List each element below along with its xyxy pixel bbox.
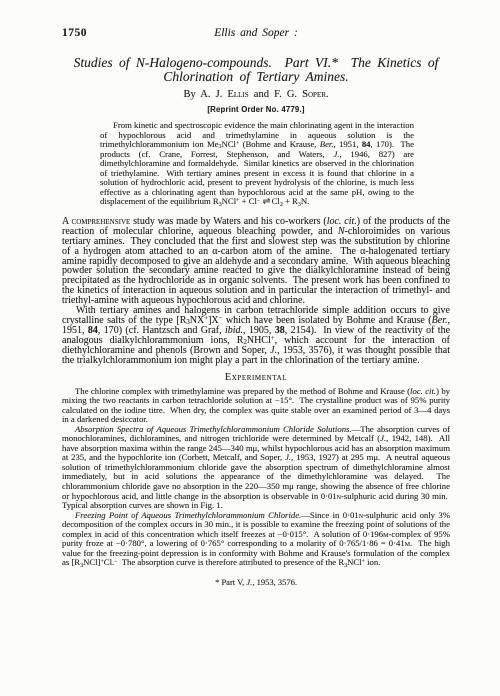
abstract-paragraph: From kinetic and spectroscopic evidence … xyxy=(100,121,414,207)
journal-page: 1750 Ellis and Soper : Studies of N-Halo… xyxy=(0,0,500,696)
byline: By A. J. Ellis and F. G. Soper. xyxy=(62,89,450,100)
section-heading-experimental: Experimental xyxy=(62,372,450,383)
reprint-order-note: [Reprint Order No. 4779.] xyxy=(62,105,450,114)
article-body: A comprehensive study was made by Waters… xyxy=(62,217,450,366)
running-head-title: Ellis and Soper : xyxy=(62,27,450,39)
experimental-paragraph-3: Freezing Point of Aqueous Trimethylchlor… xyxy=(62,511,450,568)
body-paragraph-1: A comprehensive study was made by Waters… xyxy=(62,217,450,306)
experimental-paragraph-1: The chlorine complex with trimethylamine… xyxy=(62,387,450,425)
text-column: 1750 Ellis and Soper : Studies of N-Halo… xyxy=(0,0,500,587)
page-number: 1750 xyxy=(62,27,87,39)
experimental-paragraph-2: Absorption Spectra of Aqueous Trimethylc… xyxy=(62,425,450,511)
running-header: 1750 Ellis and Soper : xyxy=(62,27,450,40)
body-paragraph-2: With tertiary amines and halogens in car… xyxy=(62,306,450,365)
footnote: * Part V, J., 1953, 3576. xyxy=(62,577,450,587)
article-title-line2: Chlorination of Tertiary Amines. xyxy=(62,70,450,84)
article-title: Studies of N-Halogeno-compounds. Part VI… xyxy=(62,56,450,83)
experimental-section: The chlorine complex with trimethylamine… xyxy=(62,387,450,568)
article-title-line1: Studies of N-Halogeno-compounds. Part VI… xyxy=(62,56,450,70)
